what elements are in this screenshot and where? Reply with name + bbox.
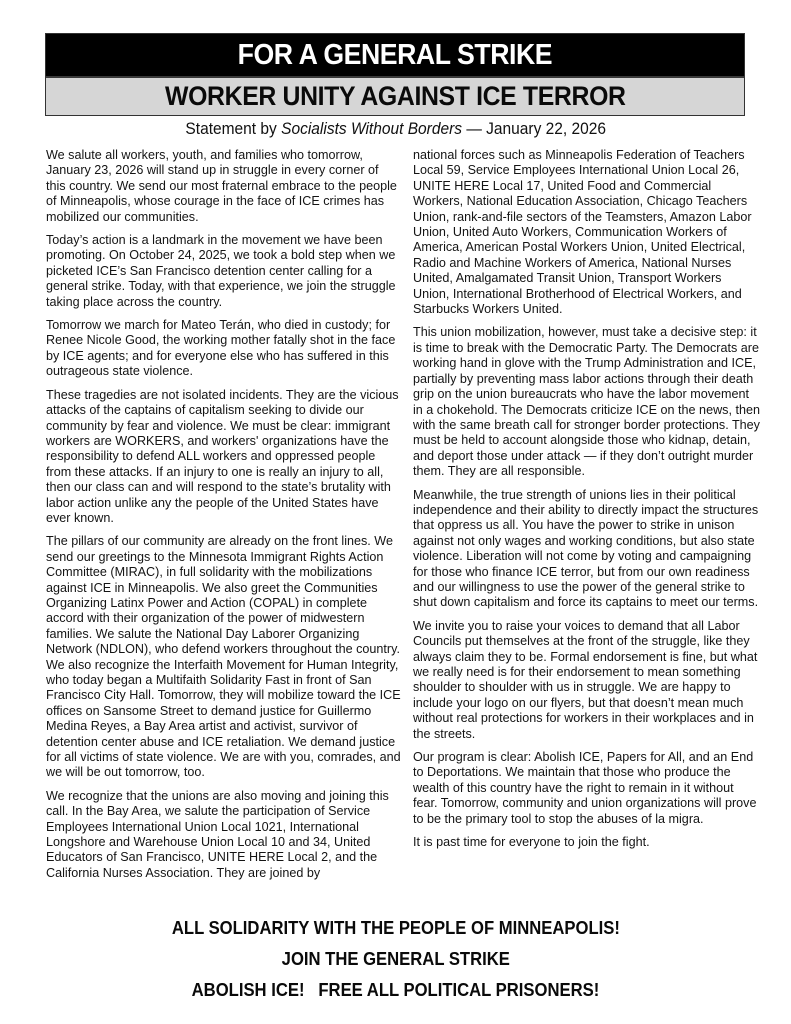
paragraph: We recognize that the unions are also mo… [46, 789, 401, 881]
page-subtitle: WORKER UNITY AGAINST ICE TERROR [165, 81, 626, 112]
title-band: FOR A GENERAL STRIKE [46, 34, 744, 78]
paragraph: Meanwhile, the true strength of unions l… [413, 488, 761, 611]
paragraph: These tragedies are not isolated inciden… [46, 388, 401, 527]
slogan-text: ALL SOLIDARITY WITH THE PEOPLE OF MINNEA… [171, 912, 619, 943]
page-title: FOR A GENERAL STRIKE [238, 39, 552, 72]
byline-date: — January 22, 2026 [462, 120, 606, 138]
paragraph: It is past time for everyone to join the… [413, 835, 761, 850]
left-column: We salute all workers, youth, and famili… [46, 148, 401, 889]
statement-body: We salute all workers, youth, and famili… [46, 148, 761, 889]
subtitle-band: WORKER UNITY AGAINST ICE TERROR [46, 78, 744, 115]
paragraph: The pillars of our community are already… [46, 534, 401, 781]
header-banner: FOR A GENERAL STRIKE WORKER UNITY AGAINS… [45, 33, 745, 116]
slogan-line: JOIN THE GENERAL STRIKE [0, 943, 791, 974]
slogan-text: ABOLISH ICE! FREE ALL POLITICAL PRISONER… [192, 974, 600, 1005]
slogan-text: JOIN THE GENERAL STRIKE [281, 943, 509, 974]
slogan-line: ALL SOLIDARITY WITH THE PEOPLE OF MINNEA… [0, 912, 791, 943]
byline-prefix: Statement by [185, 120, 281, 138]
paragraph: This union mobilization, however, must t… [413, 325, 761, 479]
paragraph: We salute all workers, youth, and famili… [46, 148, 401, 225]
byline: Statement by Socialists Without Borders … [0, 120, 791, 139]
right-column: national forces such as Minneapolis Fede… [413, 148, 761, 889]
paragraph: national forces such as Minneapolis Fede… [413, 148, 761, 317]
slogans: ALL SOLIDARITY WITH THE PEOPLE OF MINNEA… [0, 912, 791, 1005]
byline-organization: Socialists Without Borders [281, 120, 462, 138]
paragraph: Our program is clear: Abolish ICE, Paper… [413, 750, 761, 827]
paragraph: Today’s action is a landmark in the move… [46, 233, 401, 310]
paragraph: We invite you to raise your voices to de… [413, 619, 761, 742]
paragraph: Tomorrow we march for Mateo Terán, who d… [46, 318, 401, 380]
slogan-line: ABOLISH ICE! FREE ALL POLITICAL PRISONER… [0, 974, 791, 1005]
